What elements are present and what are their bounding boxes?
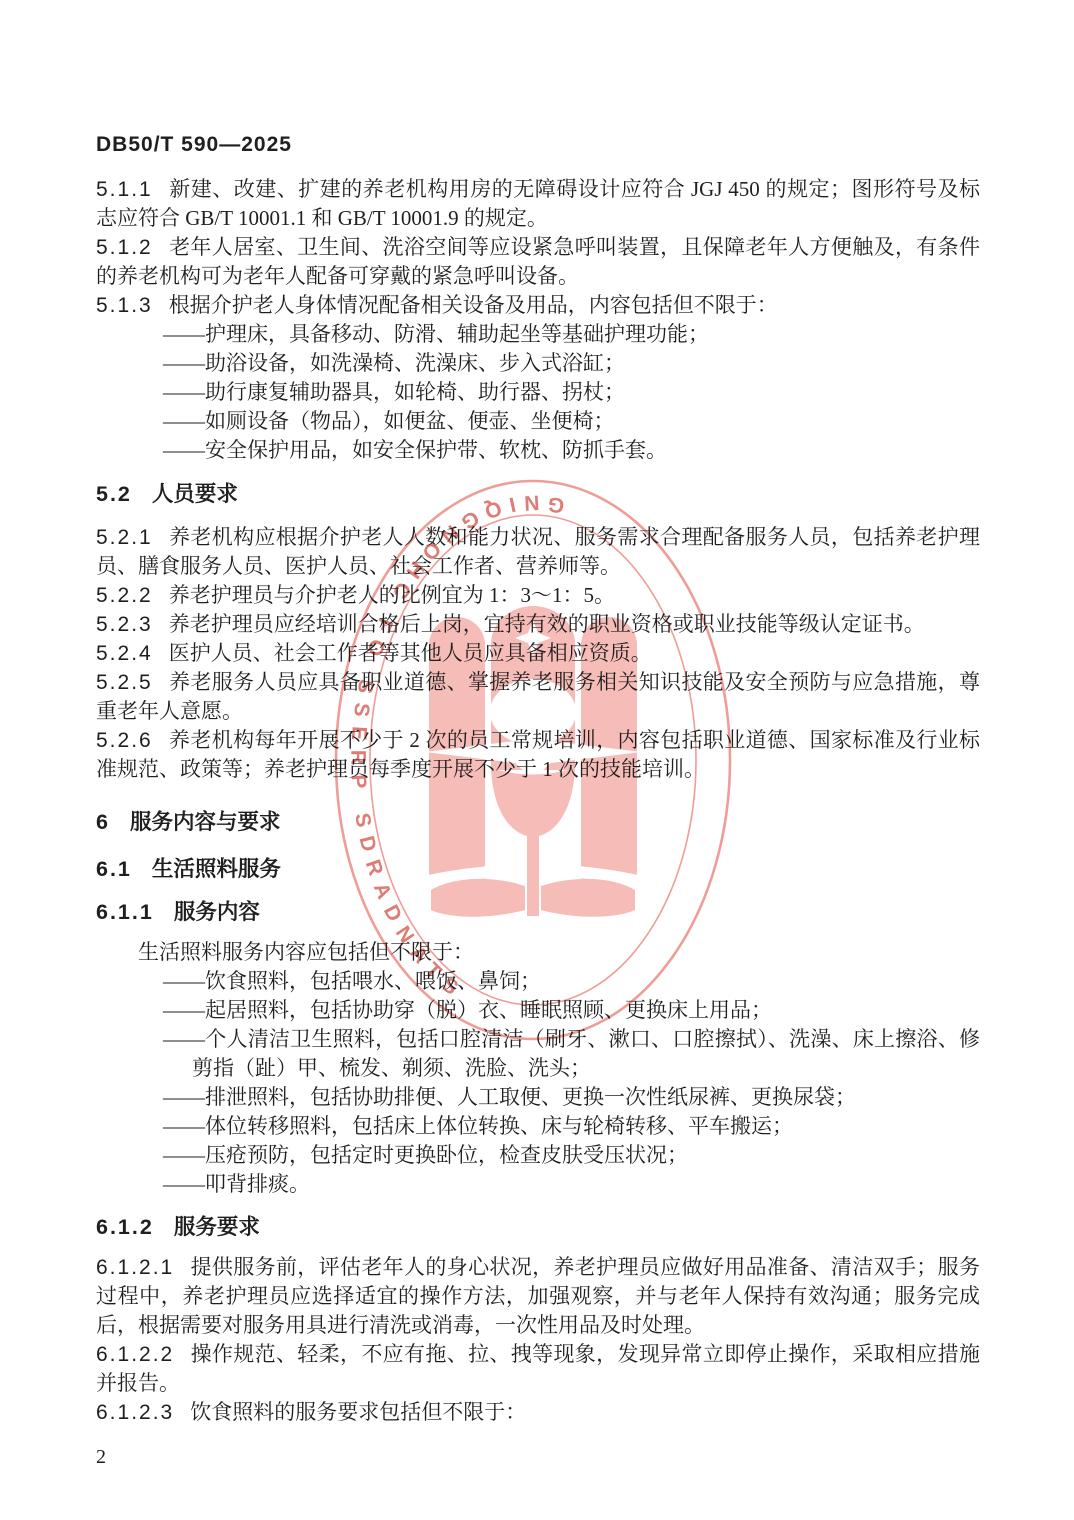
clause-text: 新建、改建、扩建的养老机构用房的无障碍设计应符合 JGJ 450 的规定；图形符… bbox=[96, 177, 980, 230]
heading-title: 生活照料服务 bbox=[152, 857, 281, 881]
clause-number: 5.2.4 bbox=[96, 642, 153, 665]
list-item-equipment-5: ——安全保护用品，如安全保护带、软枕、防抓手套。 bbox=[96, 436, 980, 465]
clause-5-2-1: 5.2.1养老机构应根据介护老人人数和能力状况、服务需求合理配备服务人员，包括养… bbox=[96, 523, 980, 581]
list-item-care-4: ——排泄照料，包括协助排便、人工取便、更换一次性纸尿裤、更换尿袋； bbox=[96, 1083, 980, 1112]
clause-text: 医护人员、社会工作者等其他人员应具备相应资质。 bbox=[169, 641, 652, 665]
heading-title: 人员要求 bbox=[152, 482, 238, 506]
clause-text: 养老服务人员应具备职业道德、掌握养老服务相关知识技能及安全预防与应急措施，尊重老… bbox=[96, 670, 980, 723]
list-item-equipment-4: ——如厕设备（物品），如便盆、便壶、坐便椅； bbox=[96, 407, 980, 436]
heading-number: 6 bbox=[96, 810, 110, 834]
heading-title: 服务内容 bbox=[174, 900, 260, 924]
clause-text: 养老机构每年开展不少于 2 次的员工常规培训，内容包括职业道德、国家标准及行业标… bbox=[96, 728, 980, 781]
clause-number: 6.1.2.2 bbox=[96, 1343, 174, 1366]
page-number: 2 bbox=[96, 1443, 980, 1472]
clause-text: 养老机构应根据介护老人人数和能力状况、服务需求合理配备服务人员，包括养老护理员、… bbox=[96, 525, 980, 578]
heading-5-2: 5.2人员要求 bbox=[96, 480, 980, 509]
clause-number: 5.2.2 bbox=[96, 584, 153, 607]
list-item-care-6: ——压疮预防，包括定时更换卧位，检查皮肤受压状况； bbox=[96, 1141, 980, 1170]
list-item-care-2: ——起居照料，包括协助穿（脱）衣、睡眠照顾、更换床上用品； bbox=[96, 996, 980, 1025]
heading-number: 6.1.2 bbox=[96, 1215, 154, 1239]
heading-title: 服务要求 bbox=[174, 1215, 260, 1239]
clause-5-2-3: 5.2.3养老护理员应经培训合格后上岗，宜持有效的职业资格或职业技能等级认定证书… bbox=[96, 610, 980, 639]
clause-text: 操作规范、轻柔，不应有拖、拉、拽等现象，发现异常立即停止操作，采取相应措施并报告… bbox=[96, 1342, 980, 1395]
clause-5-2-6: 5.2.6养老机构每年开展不少于 2 次的员工常规培训，内容包括职业道德、国家标… bbox=[96, 726, 980, 784]
heading-6: 6服务内容与要求 bbox=[96, 808, 980, 837]
list-item-equipment-2: ——助浴设备，如洗澡椅、洗澡床、步入式浴缸； bbox=[96, 349, 980, 378]
heading-6-1-1: 6.1.1服务内容 bbox=[96, 898, 980, 927]
clause-5-2-4: 5.2.4医护人员、社会工作者等其他人员应具备相应资质。 bbox=[96, 639, 980, 668]
list-item-care-1: ——饮食照料，包括喂水、喂饭、鼻饲； bbox=[96, 967, 980, 996]
list-item-care-7: ——叩背排痰。 bbox=[96, 1170, 980, 1199]
clause-number: 5.1.1 bbox=[96, 178, 153, 201]
care-list-intro: 生活照料服务内容应包括但不限于： bbox=[96, 938, 980, 967]
list-item-equipment-1: ——护理床，具备移动、防滑、辅助起坐等基础护理功能； bbox=[96, 320, 980, 349]
list-item-care-3: ——个人清洁卫生照料，包括口腔清洁（刷牙、漱口、口腔擦拭）、洗澡、床上擦浴、修剪… bbox=[96, 1025, 980, 1083]
doc-code: DB50/T 590—2025 bbox=[96, 130, 980, 159]
heading-6-1-2: 6.1.2服务要求 bbox=[96, 1213, 980, 1242]
document-page: GNIQGNOHC FO SSERP SDRADNATS DB50/ bbox=[0, 0, 1074, 1520]
clause-5-1-2: 5.1.2老年人居室、卫生间、洗浴空间等应设紧急呼叫装置，且保障老年人方便触及，… bbox=[96, 233, 980, 291]
clause-number: 5.2.5 bbox=[96, 671, 153, 694]
clause-6-1-2-3: 6.1.2.3饮食照料的服务要求包括但不限于： bbox=[96, 1398, 980, 1427]
clause-number: 5.2.6 bbox=[96, 729, 153, 752]
clause-text: 根据介护老人身体情况配备相关设备及用品，内容包括但不限于： bbox=[169, 293, 778, 317]
clause-5-2-2: 5.2.2养老护理员与介护老人的比例宜为 1：3～1：5。 bbox=[96, 581, 980, 610]
clause-number: 6.1.2.1 bbox=[96, 1256, 174, 1279]
heading-number: 5.2 bbox=[96, 482, 132, 506]
heading-6-1: 6.1生活照料服务 bbox=[96, 855, 980, 884]
clause-6-1-2-2: 6.1.2.2操作规范、轻柔，不应有拖、拉、拽等现象，发现异常立即停止操作，采取… bbox=[96, 1340, 980, 1398]
heading-number: 6.1.1 bbox=[96, 900, 154, 924]
page-content: DB50/T 590—2025 5.1.1新建、改建、扩建的养老机构用房的无障碍… bbox=[0, 0, 1074, 1472]
heading-title: 服务内容与要求 bbox=[130, 810, 281, 834]
clause-number: 5.1.2 bbox=[96, 236, 153, 259]
clause-number: 5.2.3 bbox=[96, 613, 153, 636]
list-item-equipment-3: ——助行康复辅助器具，如轮椅、助行器、拐杖； bbox=[96, 378, 980, 407]
clause-text: 养老护理员应经培训合格后上岗，宜持有效的职业资格或职业技能等级认定证书。 bbox=[169, 612, 925, 636]
clause-number: 6.1.2.3 bbox=[96, 1401, 174, 1424]
clause-6-1-2-1: 6.1.2.1提供服务前，评估老年人的身心状况，养老护理员应做好用品准备、清洁双… bbox=[96, 1253, 980, 1340]
list-item-care-5: ——体位转移照料，包括床上体位转换、床与轮椅转移、平车搬运； bbox=[96, 1112, 980, 1141]
clause-5-2-5: 5.2.5养老服务人员应具备职业道德、掌握养老服务相关知识技能及安全预防与应急措… bbox=[96, 668, 980, 726]
clause-text: 提供服务前，评估老年人的身心状况，养老护理员应做好用品准备、清洁双手；服务过程中… bbox=[96, 1255, 980, 1337]
clause-5-1-1: 5.1.1新建、改建、扩建的养老机构用房的无障碍设计应符合 JGJ 450 的规… bbox=[96, 175, 980, 233]
clause-number: 5.2.1 bbox=[96, 526, 153, 549]
clause-text: 饮食照料的服务要求包括但不限于： bbox=[190, 1400, 526, 1424]
clause-5-1-3: 5.1.3根据介护老人身体情况配备相关设备及用品，内容包括但不限于： bbox=[96, 291, 980, 320]
clause-text: 老年人居室、卫生间、洗浴空间等应设紧急呼叫装置，且保障老年人方便触及，有条件的养… bbox=[96, 235, 980, 288]
clause-text: 养老护理员与介护老人的比例宜为 1：3～1：5。 bbox=[169, 583, 615, 607]
clause-number: 5.1.3 bbox=[96, 294, 153, 317]
heading-number: 6.1 bbox=[96, 857, 132, 881]
